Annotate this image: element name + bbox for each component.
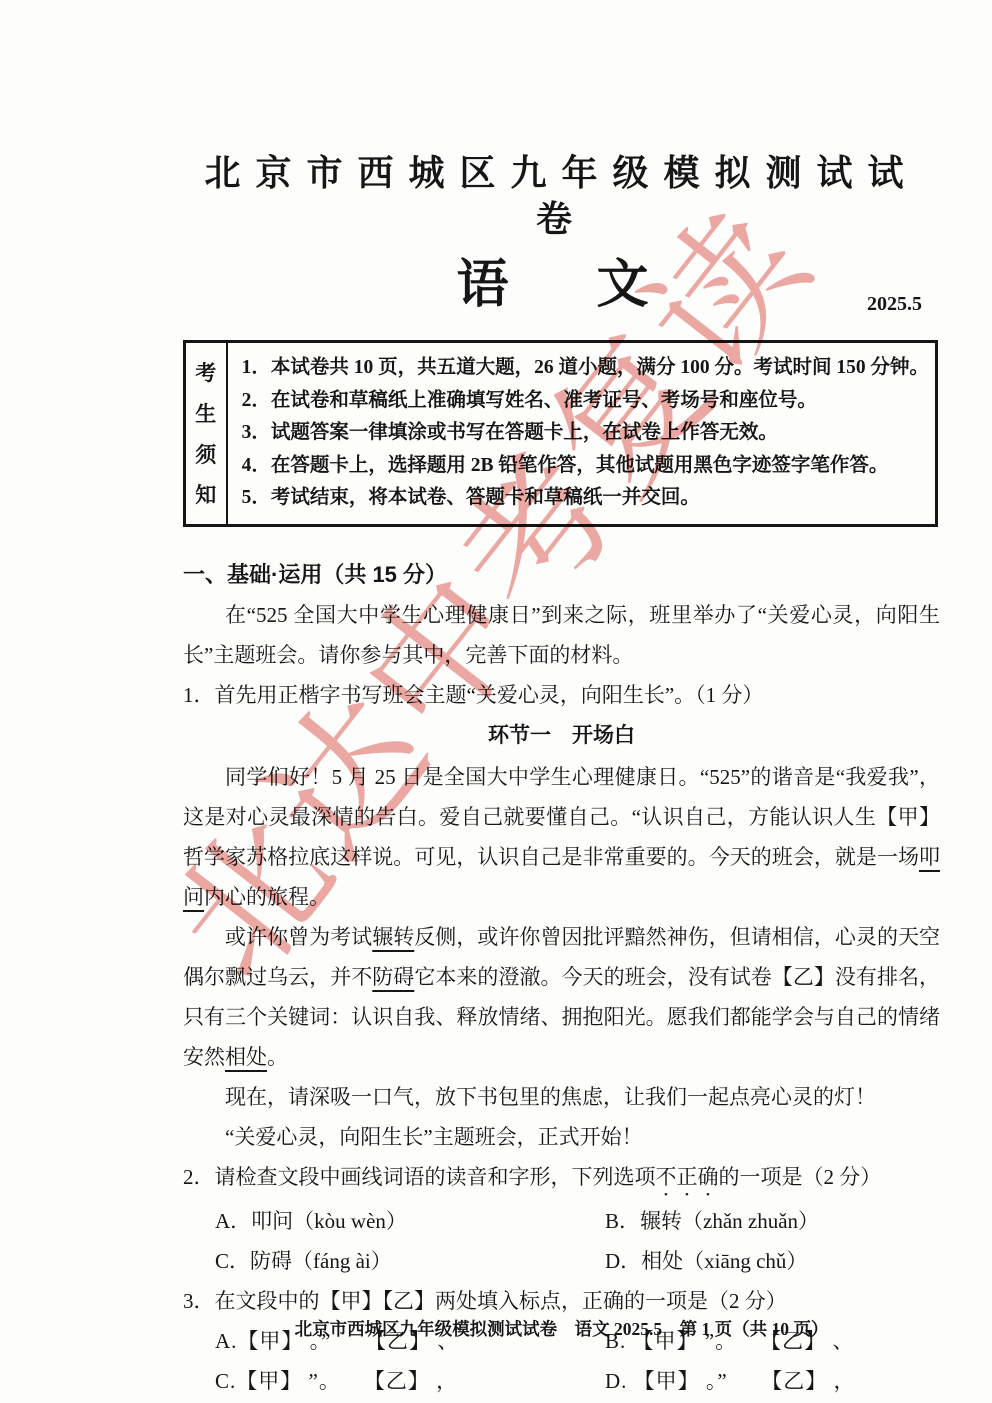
question-2-stem: 2．请检查文段中画线词语的读音和字形，下列选项不正确的一项是（2 分） [183, 1157, 940, 1201]
subject-row: 语 文 2025.5 [183, 254, 940, 320]
notice-item-list: 1．本试卷共 10 页，共五道大题，26 道小题，满分 100 分。考试时间 1… [228, 343, 935, 524]
section-intro: 在“525 全国大中学生心理健康日”到来之际，班里举办了“关爱心灵，向阳生长”主… [183, 595, 940, 675]
question-1: 1．首先用正楷字书写班会主题“关爱心灵，向阳生长”。（1 分） [183, 675, 940, 715]
notice-item: 5．考试结束，将本试卷、答题卡和草稿纸一并交回。 [242, 482, 929, 515]
exam-page: 北达中考复读 北京市西城区九年级模拟测试试卷 语 文 2025.5 考 生 须 … [0, 0, 992, 1403]
q2-option-a: A．叩问（kòu wèn） [215, 1201, 605, 1241]
paper-title: 北京市西城区九年级模拟测试试卷 [183, 0, 940, 242]
notice-item: 3．试题答案一律填涂或书写在答题卡上，在试卷上作答无效。 [242, 417, 929, 450]
notice-item: 1．本试卷共 10 页，共五道大题，26 道小题，满分 100 分。考试时间 1… [242, 352, 929, 385]
subject-title: 语 文 [183, 254, 940, 316]
passage-para-4: “关爱心灵，向阳生长”主题班会，正式开始！ [183, 1117, 940, 1157]
passage-para-1: 同学们好！5 月 25 日是全国大中学生心理健康日。“525”的谐音是“我爱我”… [183, 757, 940, 917]
passage-text: 同学们好！5 月 25 日是全国大中学生心理健康日。“525”的谐音是“我爱我”… [183, 765, 940, 869]
question-2-text: 2．请检查文段中画线词语的读音和字形，下列选项 [183, 1165, 656, 1189]
q2-options: A．叩问（kòu wèn） B．辗转（zhǎn zhuǎn） C．防碍（fáng… [183, 1201, 940, 1281]
q2-option-d: D．相处（xiāng chǔ） [605, 1241, 940, 1281]
question-3-stem: 3．在文段中的【甲】【乙】两处填入标点，正确的一项是（2 分） [183, 1281, 940, 1321]
section-heading: 一、基础·运用（共 15 分） [183, 555, 940, 595]
passage-text: 。 [267, 1045, 288, 1069]
notice-box: 考 生 须 知 1．本试卷共 10 页，共五道大题，26 道小题，满分 100 … [183, 340, 938, 527]
page-content: 北京市西城区九年级模拟测试试卷 语 文 2025.5 考 生 须 知 1．本试卷… [183, 0, 940, 1401]
underlined-word-fangai: 防碍 [372, 965, 414, 989]
underlined-word-zhanzhuan: 辗转 [372, 925, 414, 949]
page-footer: 北京市西城区九年级模拟测试试卷 语文 2025.5 第 1 页（共 10 页） [183, 1316, 940, 1341]
q2-option-b: B．辗转（zhǎn zhuǎn） [605, 1201, 940, 1241]
notice-item: 2．在试卷和草稿纸上准确填写姓名、准考证号、考场号和座位号。 [242, 385, 929, 418]
notice-item: 4．在答题卡上，选择题用 2B 铅笔作答，其他试题用黑色字迹签字笔作答。 [242, 450, 929, 483]
notice-side-label: 考 生 须 知 [186, 343, 228, 524]
question-2-text: 的一项是（2 分） [719, 1165, 882, 1189]
notice-side-char: 生 [195, 398, 216, 428]
passage-para-3: 现在，请深吸一口气，放下书包里的焦虑，让我们一起点亮心灵的灯！ [183, 1077, 940, 1117]
underlined-word-xiangchu: 相处 [225, 1045, 267, 1069]
passage-text: 内心的旅程。 [204, 885, 330, 909]
notice-side-char: 须 [195, 439, 216, 469]
passage-heading: 环节一 开场白 [183, 715, 940, 757]
passage-para-2: 或许你曾为考试辗转反侧，或许你曾因批评黯然神伤，但请相信，心灵的天空偶尔飘过乌云… [183, 917, 940, 1077]
q2-option-c: C．防碍（fáng ài） [215, 1241, 605, 1281]
notice-side-char: 考 [195, 357, 216, 387]
q3-option-c: C.【甲】 ”。 【乙】 ， [215, 1361, 605, 1401]
exam-date: 2025.5 [867, 293, 922, 316]
notice-side-char: 知 [195, 479, 216, 509]
question-2-emphasis: 不正确 [656, 1165, 719, 1189]
q3-option-d: D. 【甲】 。” 【乙】 ， [605, 1361, 940, 1401]
passage-text: 或许你曾为考试 [225, 925, 372, 949]
